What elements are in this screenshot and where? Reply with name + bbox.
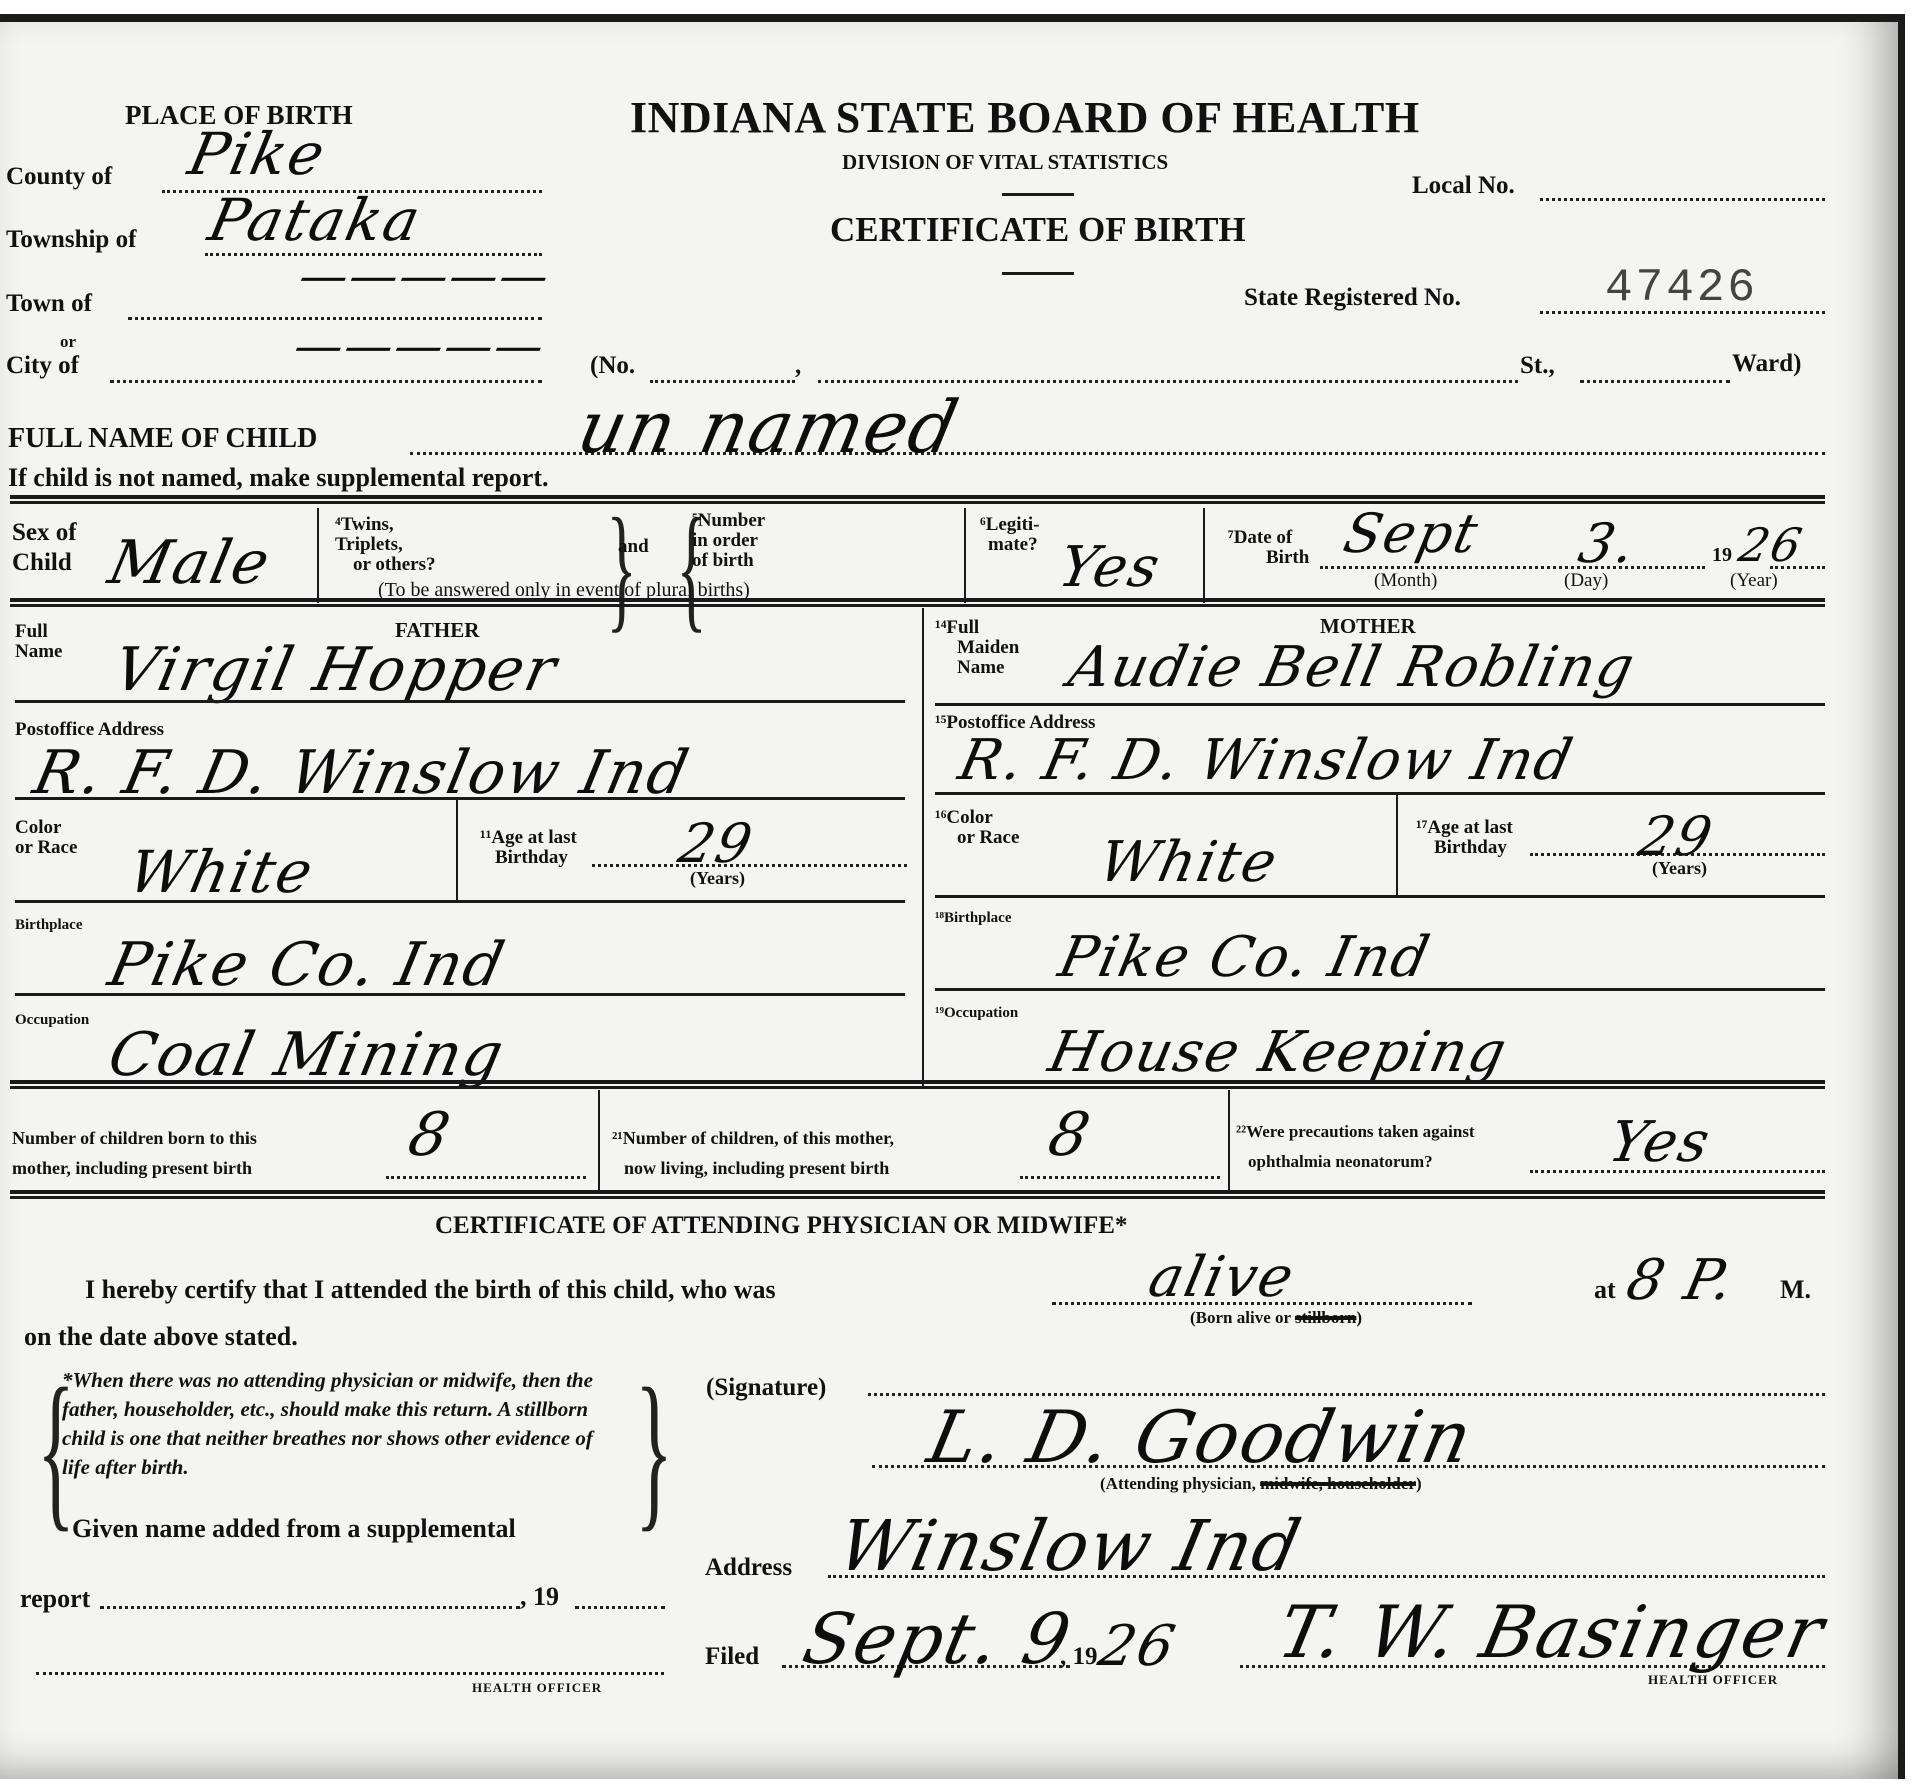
father-address-label: Postoffice Address	[15, 720, 164, 740]
father-occupation-label: Occupation	[15, 1012, 89, 1028]
street-no-label: (No.	[590, 352, 635, 380]
physician-address-value: Winslow Ind	[831, 1505, 1309, 1587]
mother-years-caption: (Years)	[1652, 858, 1707, 879]
father-birthplace-value: Pike Co. Ind	[103, 930, 512, 1000]
mother-address-value: R. F. D. Winslow Ind	[953, 728, 1580, 793]
left-health-officer-line	[36, 1672, 664, 1675]
physician-address-label: Address	[705, 1554, 792, 1582]
father-race-age-divider	[456, 800, 458, 900]
date-above-stated: on the date above stated.	[24, 1322, 298, 1352]
township-label: Township of	[6, 226, 136, 254]
month-caption: (Month)	[1374, 570, 1437, 592]
birth-year-value: 26	[1734, 518, 1808, 572]
header-divider-2	[1002, 272, 1074, 275]
father-address-line	[15, 797, 905, 800]
report-label: report	[20, 1584, 90, 1614]
physician-certificate-title: CERTIFICATE OF ATTENDING PHYSICIAN OR MI…	[435, 1212, 1127, 1240]
division-title: DIVISION OF VITAL STATISTICS	[842, 150, 1168, 175]
mother-birthplace-value: Pike Co. Ind	[1053, 925, 1437, 990]
children-born-field-line	[386, 1176, 586, 1179]
father-birthplace-line	[15, 993, 905, 996]
legitimate-label: ⁶Legiti- mate?	[980, 515, 1040, 555]
born-alive-caption: (Born alive or stillborn)	[1190, 1308, 1362, 1328]
section-divider-physician	[10, 1190, 1825, 1199]
state-registered-label: State Registered No.	[1244, 284, 1461, 312]
mother-race-line	[935, 895, 1825, 898]
street-comma: ,	[795, 352, 801, 380]
state-registered-number: 47426	[1605, 262, 1758, 314]
city-value-dash: —————	[289, 318, 551, 374]
children-living-label: ²¹Number of children, of this mother, no…	[612, 1123, 894, 1183]
birth-year-field-line	[1770, 566, 1825, 569]
row-divider	[1203, 508, 1205, 603]
not-named-note: If child is not named, make supplemental…	[8, 463, 549, 493]
at-label: at	[1594, 1275, 1616, 1305]
board-title: INDIANA STATE BOARD OF HEALTH	[630, 92, 1420, 143]
mother-occupation-label: ¹⁹Occupation	[935, 1005, 1018, 1021]
born-status-value: alive	[1143, 1245, 1301, 1310]
city-field-line	[110, 380, 542, 383]
street-name-field	[818, 380, 1518, 383]
father-name-label: Full Name	[15, 622, 62, 662]
left-health-officer-caption: HEALTH OFFICER	[472, 1680, 602, 1696]
children-living-field-line	[1020, 1176, 1220, 1179]
mother-birthplace-line	[935, 988, 1825, 991]
mother-address-line	[935, 792, 1825, 795]
street-no-field	[650, 380, 795, 383]
street-label: St.,	[1520, 352, 1555, 380]
filed-year-prefix: , 19	[1060, 1643, 1098, 1671]
mother-age-label: ¹⁷Age at last Birthday	[1416, 818, 1513, 858]
header-divider-1	[1002, 193, 1074, 196]
and-label: and	[618, 537, 649, 557]
mother-name-line	[935, 703, 1825, 706]
precautions-label: ²²Were precautions taken against ophthal…	[1236, 1117, 1475, 1177]
health-officer-signature: T. W. Basinger	[1271, 1590, 1833, 1674]
mother-birthplace-label: ¹⁸Birthplace	[935, 910, 1012, 926]
father-age-field-line	[592, 864, 907, 867]
local-no-label: Local No.	[1412, 172, 1515, 200]
county-label: County of	[6, 163, 112, 191]
mother-race-value: White	[1093, 830, 1284, 895]
given-name-label: Given name added from a supplemental	[72, 1514, 516, 1544]
filed-date-value: Sept. 9	[796, 1598, 1079, 1680]
father-name-line	[15, 700, 905, 703]
father-years-caption: (Years)	[690, 868, 745, 889]
counts-divider	[598, 1090, 600, 1190]
sex-label: Sex of Child	[12, 518, 77, 578]
section-divider-parents	[10, 598, 1825, 607]
legitimate-value: Yes	[1053, 535, 1167, 600]
order-label: ⁵Number in order of birth	[692, 511, 765, 571]
mother-name-value: Audie Bell Robling	[1063, 635, 1641, 700]
certify-statement: I hereby certify that I attended the bir…	[85, 1275, 776, 1305]
section-divider-top	[10, 495, 1825, 504]
town-label: Town of	[6, 290, 92, 318]
father-age-value: 29	[673, 812, 759, 875]
mother-race-label: ¹⁶Color or Race	[935, 808, 1019, 848]
birth-time-value: 8 P.	[1621, 1248, 1740, 1313]
date-of-birth-label: ⁷Date of Birth	[1228, 528, 1309, 568]
attending-caption: (Attending physician, midwife, household…	[1100, 1474, 1422, 1494]
day-caption: (Day)	[1564, 570, 1608, 592]
local-no-field	[1540, 198, 1825, 201]
physician-signature: L. D. Goodwin	[921, 1395, 1481, 1479]
year-caption: (Year)	[1730, 570, 1778, 592]
certificate-title: CERTIFICATE OF BIRTH	[830, 210, 1246, 250]
county-value: Pike	[183, 120, 333, 188]
note-brace-close-icon: }	[635, 1362, 673, 1537]
stillborn-definition-note: *When there was no attending physician o…	[62, 1366, 622, 1482]
father-race-value: White	[123, 838, 321, 906]
ward-label: Ward)	[1732, 350, 1801, 378]
brace-close-icon: }	[606, 498, 636, 638]
sex-value: Male	[103, 528, 278, 598]
mother-occupation-value: House Keeping	[1043, 1020, 1513, 1085]
date-of-birth-field-line	[1320, 566, 1705, 569]
township-value: Pataka	[203, 186, 428, 254]
parents-column-divider	[922, 608, 924, 1088]
town-value-dash: —————	[294, 248, 556, 304]
row-divider	[317, 508, 319, 603]
signature-label: (Signature)	[706, 1374, 826, 1402]
row-divider	[964, 508, 966, 603]
counts-divider	[1228, 1090, 1230, 1190]
report-year-prefix: , 19	[520, 1582, 559, 1612]
mother-race-age-divider	[1396, 795, 1398, 895]
report-year-field	[575, 1606, 665, 1609]
father-birthplace-label: Birthplace	[15, 917, 83, 933]
filed-year-value: 26	[1093, 1614, 1182, 1679]
mother-name-label: ¹⁴Full Maiden Name	[935, 618, 1019, 678]
father-race-label: Color or Race	[15, 818, 77, 858]
precautions-value: Yes	[1603, 1110, 1717, 1175]
section-divider-counts	[10, 1080, 1825, 1089]
father-race-line	[15, 900, 905, 903]
or-label: or	[60, 332, 76, 352]
right-health-officer-caption: HEALTH OFFICER	[1648, 1672, 1778, 1688]
full-name-value: un named	[571, 385, 967, 469]
ward-field	[1580, 380, 1730, 383]
father-age-label: ¹¹Age at last Birthday	[480, 828, 577, 868]
report-date-field	[100, 1606, 520, 1609]
father-name-value: Virgil Hopper	[108, 635, 564, 705]
city-label: City of	[6, 352, 79, 380]
children-born-label: Number of children born to this mother, …	[12, 1123, 257, 1183]
birth-year-prefix: 19	[1712, 544, 1732, 567]
meridiem-label: M.	[1780, 1275, 1811, 1305]
twins-label: ⁴Twins, Triplets, or others?	[335, 515, 436, 575]
full-name-label: FULL NAME OF CHILD	[8, 423, 317, 455]
birth-month-value: Sept	[1338, 502, 1485, 565]
filed-label: Filed	[705, 1643, 759, 1671]
